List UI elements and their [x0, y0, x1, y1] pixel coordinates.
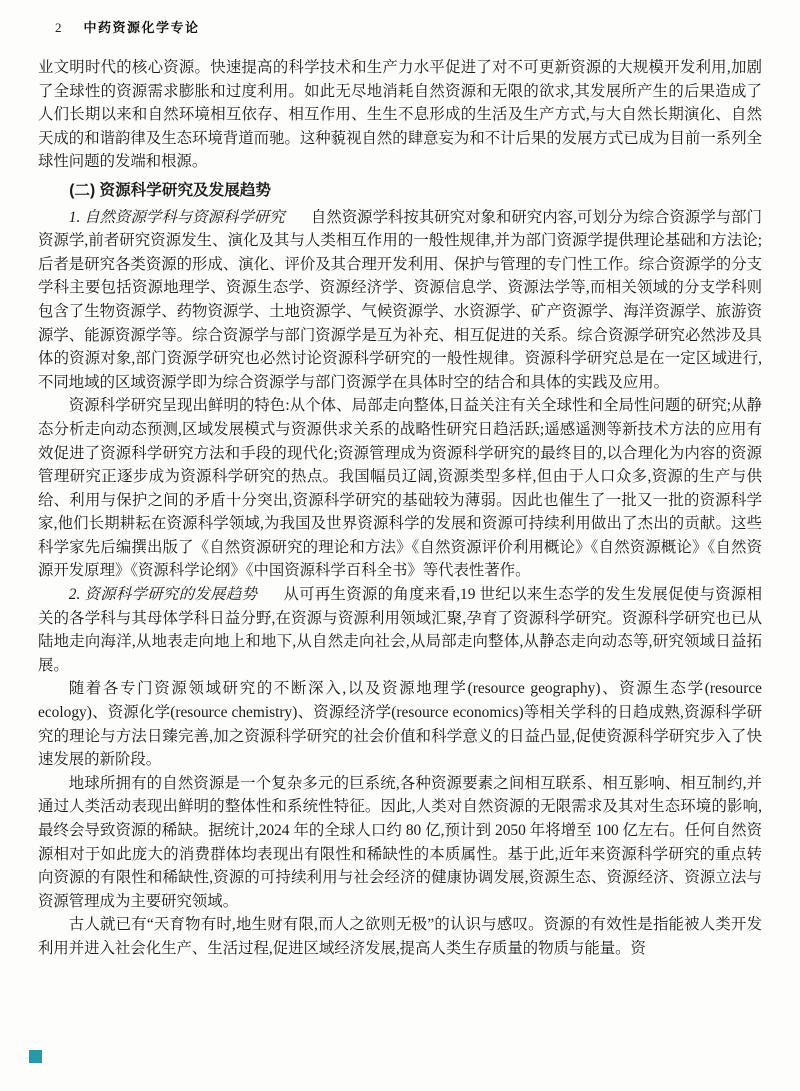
- page-body: 业文明时代的核心资源。快速提高的科学技术和生产力水平促进了对不可更新资源的大规模…: [38, 56, 762, 961]
- text-paragraph: 地球所拥有的自然资源是一个复杂多元的巨系统,各种资源要素之间相互联系、相互影响、…: [38, 772, 762, 914]
- page-header: 2 中药资源化学专论: [55, 17, 200, 36]
- paragraph-text: 随着各专门资源领域研究的不断深入,以及资源地理学(resource geogra…: [38, 680, 762, 768]
- book-page: 2 中药资源化学专论 业文明时代的核心资源。快速提高的科学技术和生产力水平促进了…: [0, 0, 800, 1091]
- paragraph-text: 地球所拥有的自然资源是一个复杂多元的巨系统,各种资源要素之间相互联系、相互影响、…: [38, 775, 762, 910]
- corner-mark: [29, 1050, 42, 1063]
- paragraph-text: 业文明时代的核心资源。快速提高的科学技术和生产力水平促进了对不可更新资源的大规模…: [38, 59, 762, 170]
- text-paragraph: 1. 自然资源学科与资源科学研究自然资源学科按其研究对象和研究内容,可划分为综合…: [38, 206, 762, 395]
- text-paragraph: 2. 资源科学研究的发展趋势从可再生资源的角度来看,19 世纪以来生态学的发生发…: [38, 583, 762, 677]
- text-paragraph: 随着各专门资源领域研究的不断深入,以及资源地理学(resource geogra…: [38, 677, 762, 771]
- paragraph-lead: 2. 资源科学研究的发展趋势: [69, 586, 257, 603]
- running-title: 中药资源化学专论: [84, 17, 200, 36]
- paragraph-text: 资源科学研究呈现出鲜明的特色:从个体、局部走向整体,日益关注有关全球性和全局性问…: [38, 397, 762, 579]
- paragraph-text: 自然资源学科按其研究对象和研究内容,可划分为综合资源学与部门资源学,前者研究资源…: [38, 209, 762, 391]
- text-paragraph: 业文明时代的核心资源。快速提高的科学技术和生产力水平促进了对不可更新资源的大规模…: [38, 56, 762, 174]
- text-paragraph: 资源科学研究呈现出鲜明的特色:从个体、局部走向整体,日益关注有关全球性和全局性问…: [38, 394, 762, 583]
- paragraph-text: 古人就已有“天育物有时,地生财有限,而人之欲则无极”的认识与感叹。资源的有效性是…: [38, 916, 762, 957]
- section-heading: (二) 资源科学研究及发展趋势: [38, 179, 762, 203]
- paragraph-lead: 1. 自然资源学科与资源科学研究: [69, 209, 285, 226]
- text-paragraph: 古人就已有“天育物有时,地生财有限,而人之欲则无极”的认识与感叹。资源的有效性是…: [38, 913, 762, 960]
- page-number: 2: [55, 20, 62, 36]
